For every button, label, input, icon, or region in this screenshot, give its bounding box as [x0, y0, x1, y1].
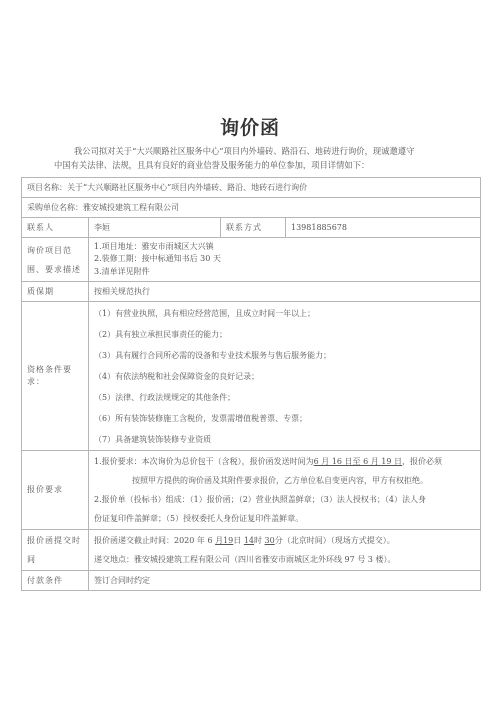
quote-req-2-cont: 份证复印件盖鲜章；（5）授权委托人身份证复印件盖鲜章。 [94, 509, 475, 528]
payment-label: 付款条件 [22, 571, 89, 591]
row-warranty: 质保期 按相关规范执行 [22, 282, 481, 302]
deadline-month-unit: 月 [215, 536, 223, 545]
submission-details: 报价函递交截止时间：2020 年 6 月19日 14时 30分（北京时间）（现场… [89, 530, 481, 571]
deadline-hour-unit: 时 [254, 536, 265, 545]
qualification-item: （7）具备建筑装饰装修专业资质 [94, 429, 475, 450]
payment-value: 签订合同时约定 [89, 571, 481, 591]
qualification-label: 资格条件要求： [22, 302, 89, 451]
contact-name: 李姮 [89, 218, 221, 238]
qualification-item: （6）所有装饰装修施工含税价，发票需增值税普票、专票； [94, 408, 475, 429]
scope-item: 3.清单详见附件 [94, 266, 475, 279]
scope-label: 询价项目范围、要求描述 [22, 238, 89, 282]
qualification-item: （4）有依法纳税和社会保障资金的良好记录； [94, 366, 475, 387]
deadline-prefix: 报价函递交截止时间：2020 年 6 [94, 536, 215, 545]
document-title: 询价函 [0, 113, 500, 140]
quote-req-1-cont: 按照甲方提供的询价函及其附件要求报价，乙方单位私自变更内容，甲方有权拒绝。 [94, 471, 475, 490]
scope-item: 2.装修工期：接中标通知书后 30 天 [94, 253, 475, 266]
row-project-name: 项目名称：关于“大兴顺路社区服务中心”项目内外墙砖、路沿、地砖石进行询价 [22, 178, 481, 198]
qualification-items: （1）有营业执照，具有相应经营范围，且成立时间一年以上； （2）具有独立承担民事… [89, 302, 481, 451]
qualification-item: （2）具有独立承担民事责任的能力； [94, 324, 475, 345]
contact-label: 联系人 [22, 218, 89, 238]
quote-req-1-text: 1.报价要求：本次询价为总价包干（含税），报价函发送时间为 [94, 457, 314, 466]
deadline-suffix: 分（北京时间）（现场方式提交）。 [275, 536, 395, 545]
inquiry-table: 项目名称：关于“大兴顺路社区服务中心”项目内外墙砖、路沿、地砖石进行询价 采购单… [21, 177, 481, 591]
deadline-day: 19 [223, 536, 233, 545]
qualification-item: （1）有营业执照，具有相应经营范围，且成立时间一年以上； [94, 303, 475, 324]
intro-line-1: 我公司拟对关于“大兴顺路社区服务中心”项目内外墙砖、路沿石、地砖进行询价，现诚邀… [56, 144, 476, 158]
row-qualification: 资格条件要求： （1）有营业执照，具有相应经营范围，且成立时间一年以上； （2）… [22, 302, 481, 451]
row-contact: 联系人 李姮 联系方式 13981885678 [22, 218, 481, 238]
quote-req-1-tail: ，报价必须 [402, 457, 442, 466]
qualification-item: （5）法律、行政法规规定的其他条件； [94, 387, 475, 408]
contact-method-label: 联系方式 [221, 218, 286, 238]
intro-line-2: 中国有关法律、法规，且具有良好的商业信誉及服务能力的单位参加，项目详情如下： [54, 158, 476, 172]
deadline-minute: 30 [265, 536, 275, 545]
quote-dates: 6 月 16 日至 6 月 19 日 [314, 457, 402, 466]
row-purchaser: 采购单位名称：雅安城投建筑工程有限公司 [22, 198, 481, 218]
quote-req-2: 2.报价单（投标书）组成：（1）报价函；（2）营业执照盖鲜章；（3）法人授权书；… [94, 490, 475, 509]
project-name: 项目名称：关于“大兴顺路社区服务中心”项目内外墙砖、路沿、地砖石进行询价 [22, 178, 481, 198]
deadline-hour: 14 [244, 536, 254, 545]
row-payment: 付款条件 签订合同时约定 [22, 571, 481, 591]
submission-address: 递交地点：雅安城投建筑工程有限公司（四川省雅安市雨城区北外环线 97 号 3 楼… [94, 550, 475, 569]
quote-label: 报价要求 [22, 451, 89, 530]
quote-req-1: 1.报价要求：本次询价为总价包干（含税），报价函发送时间为6 月 16 日至 6… [94, 452, 475, 471]
row-scope: 询价项目范围、要求描述 1.项目地址：雅安市雨城区大兴镇 2.装修工期：接中标通… [22, 238, 481, 282]
quote-requirements: 1.报价要求：本次询价为总价包干（含税），报价函发送时间为6 月 16 日至 6… [89, 451, 481, 530]
deadline-day-unit: 日 [233, 536, 244, 545]
intro-paragraph: 我公司拟对关于“大兴顺路社区服务中心”项目内外墙砖、路沿石、地砖进行询价，现诚邀… [56, 144, 476, 172]
warranty-label: 质保期 [22, 282, 89, 302]
purchaser-name: 采购单位名称：雅安城投建筑工程有限公司 [22, 198, 481, 218]
row-quote: 报价要求 1.报价要求：本次询价为总价包干（含税），报价函发送时间为6 月 16… [22, 451, 481, 530]
row-submission: 报价函提交时间 报价函递交截止时间：2020 年 6 月19日 14时 30分（… [22, 530, 481, 571]
warranty-value: 按相关规范执行 [89, 282, 481, 302]
qualification-item: （3）具有履行合同所必需的设备和专业技术服务与售后服务能力； [94, 345, 475, 366]
submission-label: 报价函提交时间 [22, 530, 89, 571]
scope-items: 1.项目地址：雅安市雨城区大兴镇 2.装修工期：接中标通知书后 30 天 3.清… [89, 238, 481, 282]
scope-item: 1.项目地址：雅安市雨城区大兴镇 [94, 241, 475, 254]
submission-deadline: 报价函递交截止时间：2020 年 6 月19日 14时 30分（北京时间）（现场… [94, 531, 475, 550]
contact-phone: 13981885678 [286, 218, 481, 238]
